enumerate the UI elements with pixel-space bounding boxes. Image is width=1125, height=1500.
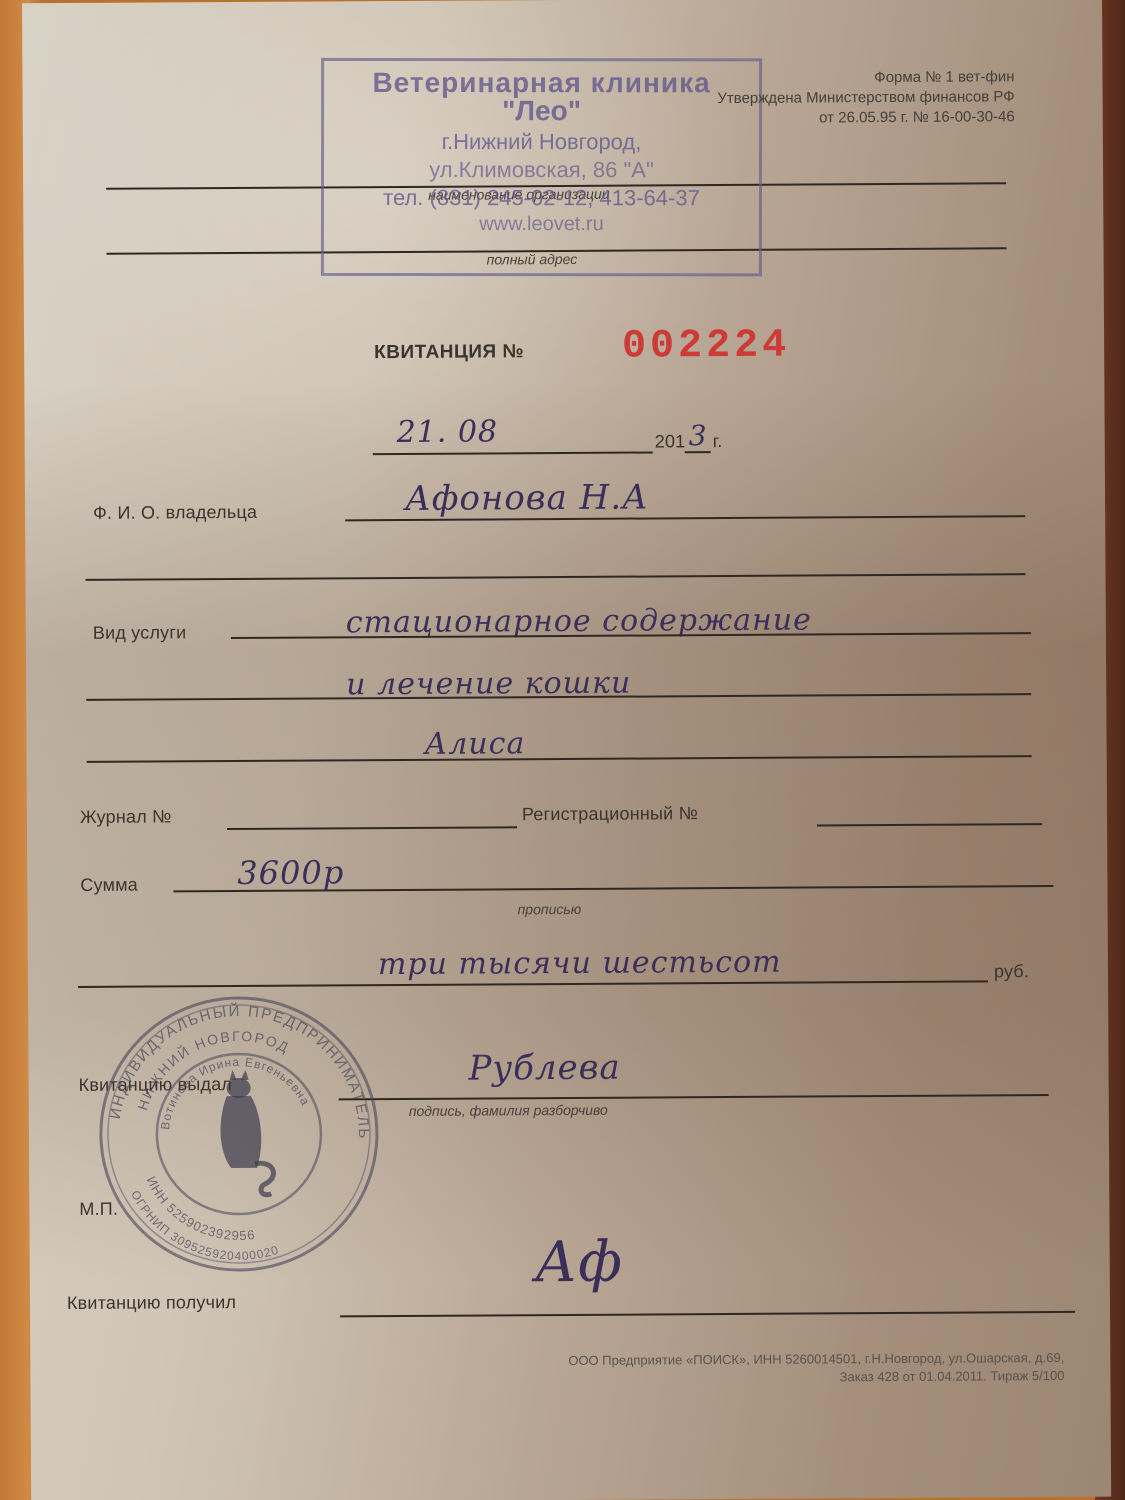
year-prefix: 201 — [655, 431, 686, 452]
received-label: Квитанцию получил — [67, 1292, 236, 1314]
form-number: Форма № 1 вет-фин — [717, 67, 1014, 89]
journal-label: Журнал № — [80, 806, 172, 828]
in-words-caption: прописью — [518, 901, 582, 917]
printer-line-2: Заказ 428 от 01.04.2011. Тираж 5/100 — [568, 1367, 1064, 1388]
issued-label: Квитанцию выдал — [79, 1074, 233, 1096]
svg-text:ОГРНИП 309525920400020: ОГРНИП 309525920400020 — [128, 1187, 281, 1264]
year-suffix: 3 — [689, 419, 708, 452]
seal-inn-text: ИНН 525902392956 — [143, 1173, 256, 1243]
registration-field[interactable] — [817, 823, 1042, 826]
date-line — [373, 451, 653, 455]
seal-ogrnip-text: ОГРНИП 309525920400020 — [128, 1187, 281, 1264]
printer-info: ООО Предприятие «ПОИСК», ИНН 5260014501,… — [568, 1349, 1064, 1388]
journal-field[interactable] — [227, 826, 517, 830]
registration-label: Регистрационный № — [522, 803, 698, 825]
svg-text:НИЖНИЙ НОВГОРОД: НИЖНИЙ НОВГОРОД — [134, 1028, 293, 1113]
seal-city-text: НИЖНИЙ НОВГОРОД — [134, 1028, 293, 1113]
receipt-title: КВИТАНЦИЯ № — [374, 341, 524, 364]
service-label: Вид услуги — [93, 622, 187, 644]
svg-text:ИНДИВИДУАЛЬНЫЙ ПРЕДПРИНИМАТЕЛЬ: ИНДИВИДУАЛЬНЫЙ ПРЕДПРИНИМАТЕЛЬ — [106, 1001, 372, 1142]
stamp-city: г.Нижний Новгород, — [324, 129, 759, 155]
round-seal: ИНДИВИДУАЛЬНЫЙ ПРЕДПРИНИМАТЕЛЬ НИЖНИЙ НО… — [88, 991, 390, 1278]
sum-words-line — [78, 980, 988, 988]
received-line — [340, 1311, 1075, 1317]
date-value: 21. 08 — [397, 414, 499, 450]
owner-value[interactable]: Афонова Н.А — [405, 477, 649, 518]
receipt-number: 002224 — [622, 324, 790, 370]
year-line — [685, 451, 711, 453]
form-approval-info: Форма № 1 вет-фин Утверждена Министерств… — [717, 67, 1015, 129]
signature-caption: подпись, фамилия разборчиво — [409, 1102, 608, 1119]
seal-place-label: М.П. — [79, 1199, 118, 1220]
organization-stamp: Ветеринарная клиника "Лео" г.Нижний Новг… — [321, 58, 762, 276]
owner-line-2 — [86, 573, 1026, 581]
sum-words-value[interactable]: три тысячи шестьсот — [378, 945, 782, 982]
issued-line — [339, 1094, 1049, 1100]
form-approval-date: от 26.05.95 г. № 16-00-30-46 — [717, 107, 1014, 129]
sum-label: Сумма — [80, 875, 138, 896]
form-approval: Утверждена Министерством финансов РФ — [717, 87, 1014, 109]
stamp-phone: тел. (831) 245-02-12, 413-64-37 — [324, 185, 759, 211]
seal-outer-text: ИНДИВИДУАЛЬНЫЙ ПРЕДПРИНИМАТЕЛЬ — [106, 1001, 372, 1142]
stamp-clinic-brand: "Лео" — [324, 95, 759, 127]
currency-label: руб. — [994, 961, 1029, 982]
svg-text:ИНН 525902392956: ИНН 525902392956 — [143, 1173, 256, 1243]
stamp-street: ул.Климовская, 86 "А" — [324, 157, 759, 183]
owner-label: Ф. И. О. владельца — [93, 502, 257, 524]
service-underline-3 — [87, 755, 1032, 763]
year-unit: г. — [713, 431, 723, 452]
stamp-website: www.leovet.ru — [324, 213, 759, 236]
issued-signature[interactable]: Рублева — [468, 1048, 620, 1089]
received-signature[interactable]: Аф — [535, 1230, 624, 1296]
service-line-3[interactable]: Алиса — [424, 726, 525, 762]
sum-value[interactable]: 3600р — [237, 853, 344, 892]
receipt-form: наименование организации полный адрес Ве… — [22, 0, 1111, 1500]
